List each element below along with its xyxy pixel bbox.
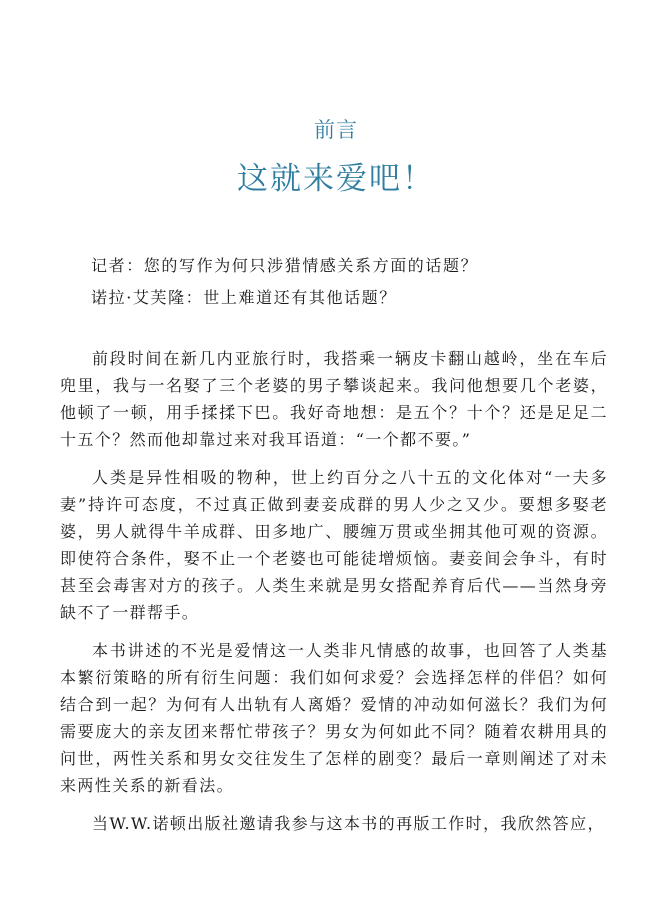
epigraph: 记者：您的写作为何只涉猎情感关系方面的话题？ 诺拉·艾芙隆：世上难道还有其他话题… [91, 250, 611, 314]
book-page: 前言 这就来爱吧！ 记者：您的写作为何只涉猎情感关系方面的话题？ 诺拉·艾芙隆：… [0, 0, 672, 901]
paragraph: 当W.W.诺顿出版社邀请我参与这本书的再版工作时，我欣然答应， [60, 810, 608, 837]
epigraph-question: 记者：您的写作为何只涉猎情感关系方面的话题？ [91, 250, 611, 282]
chapter-title: 这就来爱吧！ [0, 153, 672, 198]
paragraph: 前段时间在新几内亚旅行时，我搭乘一辆皮卡翻山越岭，坐在车后兜里，我与一名娶了三个… [60, 345, 608, 453]
epigraph-answer: 诺拉·艾芙隆：世上难道还有其他话题？ [91, 282, 611, 314]
paragraph: 人类是异性相吸的物种，世上约百分之八十五的文化体对“一夫多妻”持许可态度，不过真… [60, 464, 608, 626]
paragraph: 本书讲述的不光是爱情这一人类非凡情感的故事，也回答了人类基本繁衍策略的所有衍生问… [60, 637, 608, 799]
body-text: 前段时间在新几内亚旅行时，我搭乘一辆皮卡翻山越岭，坐在车后兜里，我与一名娶了三个… [60, 345, 608, 848]
preface-label: 前言 [0, 114, 672, 144]
